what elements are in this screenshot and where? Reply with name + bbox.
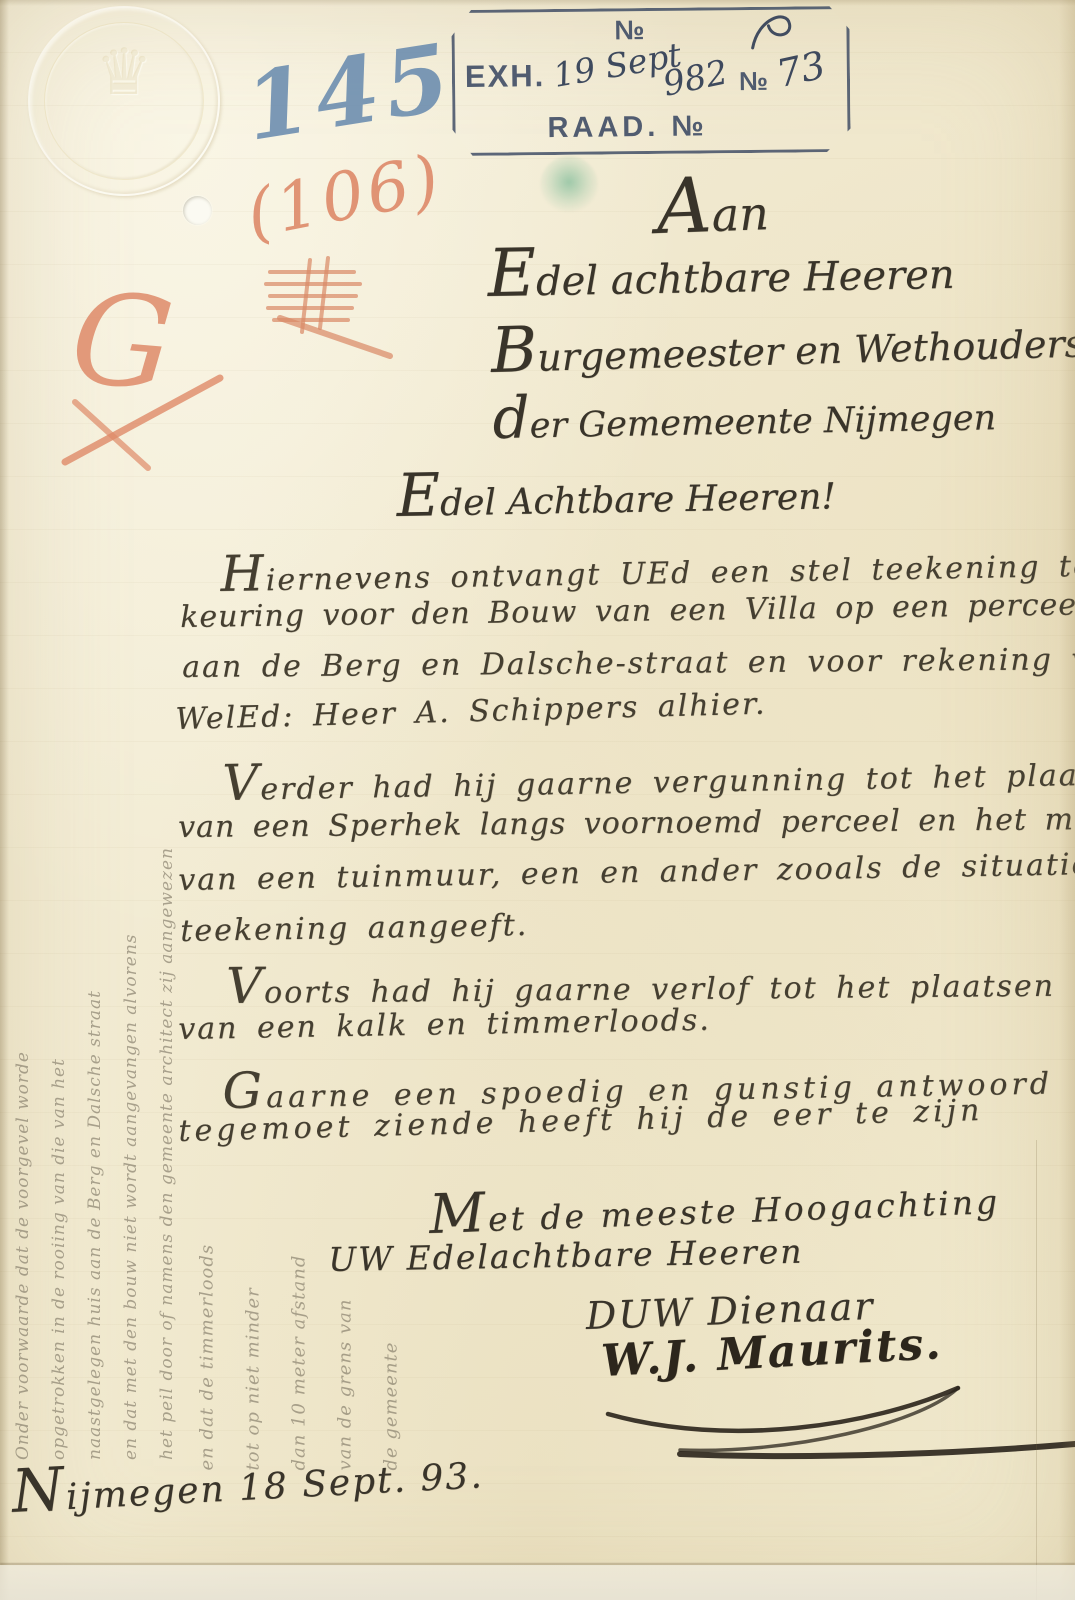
paraph-mark <box>742 3 803 59</box>
pencil-note-line: naastgelegen huis aan de Berg en Dalsche… <box>77 420 113 1460</box>
pencil-note-line: Onder voorwaarde dat de voorgevel worde <box>5 420 41 1460</box>
salutation: Edel Achtbare Heeren! <box>396 454 836 531</box>
pencil-note-line: en dat de timmerloods <box>185 1141 231 1471</box>
paper-edge-bottom <box>0 1565 1075 1600</box>
stamp-raad-label: RAAD. № <box>547 110 708 145</box>
stamp-exh-label: EXH. <box>465 58 546 95</box>
body-line: teekening aangeeft. <box>180 908 529 949</box>
green-ink-smudge <box>540 156 598 214</box>
crown-emboss-icon: ♛ <box>30 36 218 110</box>
registry-stamp: № EXH. 19 Sept 982 № 73 RAAD. № <box>451 6 851 156</box>
pencil-note-line: het peil door of namens den gemeente arc… <box>149 420 185 1460</box>
addressee-line: Burgemeester en Wethouders <box>490 298 1075 387</box>
pencil-margin-note: Onder voorwaarde dat de voorgevel worde … <box>5 420 185 1460</box>
body-line: van een tuinmuur, een en ander zooals de… <box>178 847 1075 898</box>
punch-hole <box>183 196 212 225</box>
pencil-note-line: van de grens van <box>323 1141 369 1471</box>
pencil-note-line: dan 10 meter afstand <box>277 1141 323 1471</box>
body-line: Verder had hij gaarne vergunning tot het… <box>222 738 1075 812</box>
paper-edge-right <box>1059 0 1075 1600</box>
paper-edge-left <box>0 0 9 1600</box>
pencil-margin-note-continued: en dat de timmerloods tot op niet minder… <box>185 1141 420 1471</box>
embossed-seal: ♛ <box>28 6 220 196</box>
pencil-note-line: en dat met den bouw niet wordt aangevang… <box>113 420 149 1460</box>
paper-crease-right <box>1036 1140 1037 1600</box>
pencil-note-line: de gemeente <box>369 1141 415 1471</box>
addressee-line: Edel achtbare Heeren <box>487 227 955 312</box>
addressee-line: der Gememeente Nijmegen <box>492 375 997 452</box>
red-crayon-scribble <box>258 256 398 366</box>
signature-flourish <box>560 1362 1075 1472</box>
body-line: WelEd: Heer A. Schippers alhier. <box>175 687 767 737</box>
paper-edge-top <box>0 0 1075 6</box>
stamp-no-right-label: № <box>739 66 768 97</box>
pencil-note-line: opgetrokken in de rooiing van die van he… <box>41 420 77 1460</box>
pencil-note-line: tot op niet minder <box>231 1141 277 1471</box>
letter-page: ♛ № EXH. 19 Sept 982 № 73 RAAD. № 145 (1… <box>0 0 1075 1600</box>
body-line: aan de Berg en Dalsche-straat en voor re… <box>182 641 1075 685</box>
